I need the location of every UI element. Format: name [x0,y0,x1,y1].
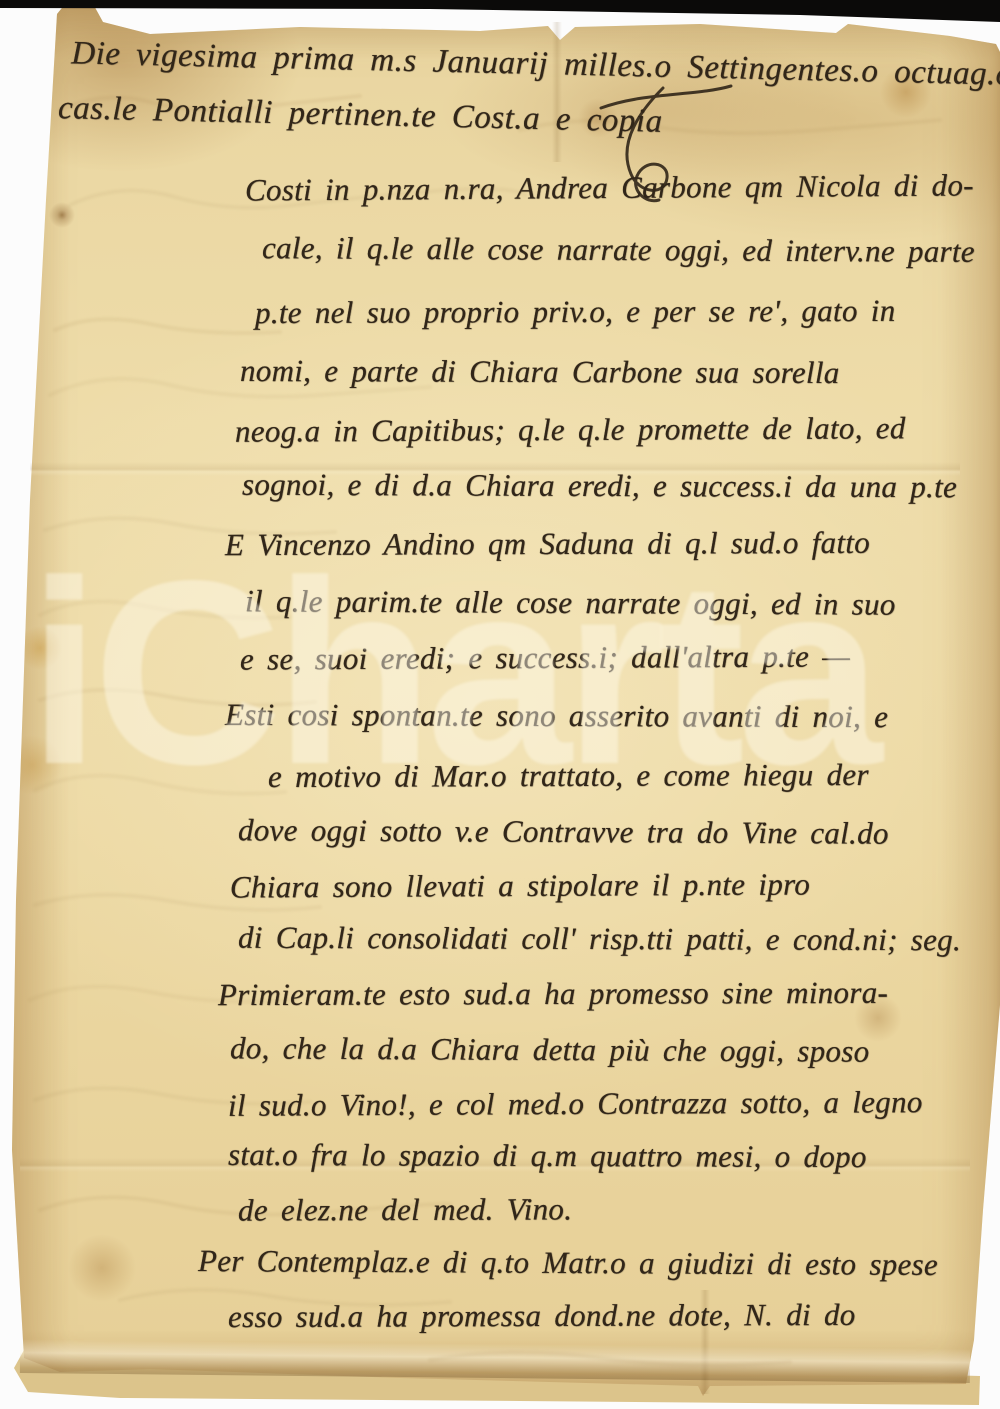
manuscript-line: il sud.o Vino!, e col med.o Contrazza so… [228,1084,923,1124]
manuscript-line: sognoi, e di d.a Chiara eredi, e success… [242,467,957,505]
manuscript-line: esso sud.a ha promessa dond.ne dote, N. … [228,1297,856,1335]
manuscript-line: il q.le parim.te alle cose narrate oggi,… [245,583,896,622]
scanned-document: Die vigesima prima m.s Januarij milles.o… [0,0,1000,1409]
manuscript-line: Per Contemplaz.e di q.to Matr.o a giudiz… [198,1243,938,1283]
manuscript-line: e se, suoi eredi; e success.i; dall'altr… [240,638,850,677]
manuscript-line: Costi in p.nza n.ra, Andrea Carbone qm N… [245,167,974,208]
manuscript-line: stat.o fra lo spazio di q.m quattro mesi… [228,1137,867,1175]
manuscript-line: E Vincenzo Andino qm Saduna di q.l sud.o… [225,525,870,563]
manuscript-line: e motivo di Mar.o trattato, e come hiegu… [268,757,869,795]
manuscript-line: de elez.ne del med. Vino. [238,1191,572,1228]
manuscript-line: Chiara sono llevati a stipolare il p.nte… [230,866,810,905]
body-text-block: Costi in p.nza n.ra, Andrea Carbone qm N… [0,0,1000,1409]
manuscript-line: neog.a in Capitibus; q.le q.le promette … [235,410,906,450]
manuscript-line: dove oggi sotto v.e Contravve tra do Vin… [238,812,889,851]
manuscript-line: do, che la d.a Chiara detta più che oggi… [230,1030,870,1069]
manuscript-line: cale, il q.le alle cose narrate oggi, ed… [262,230,975,270]
manuscript-line: p.te nel suo proprio priv.o, e per se re… [255,293,896,331]
manuscript-line: di Cap.li consolidati coll' risp.tti pat… [238,920,961,959]
manuscript-line: nomi, e parte di Chiara Carbone sua sore… [240,353,840,391]
manuscript-line: Primieram.te esto sud.a ha promesso sine… [218,975,888,1013]
manuscript-line: Esti cosi spontan.te sono asserito avant… [225,697,888,735]
